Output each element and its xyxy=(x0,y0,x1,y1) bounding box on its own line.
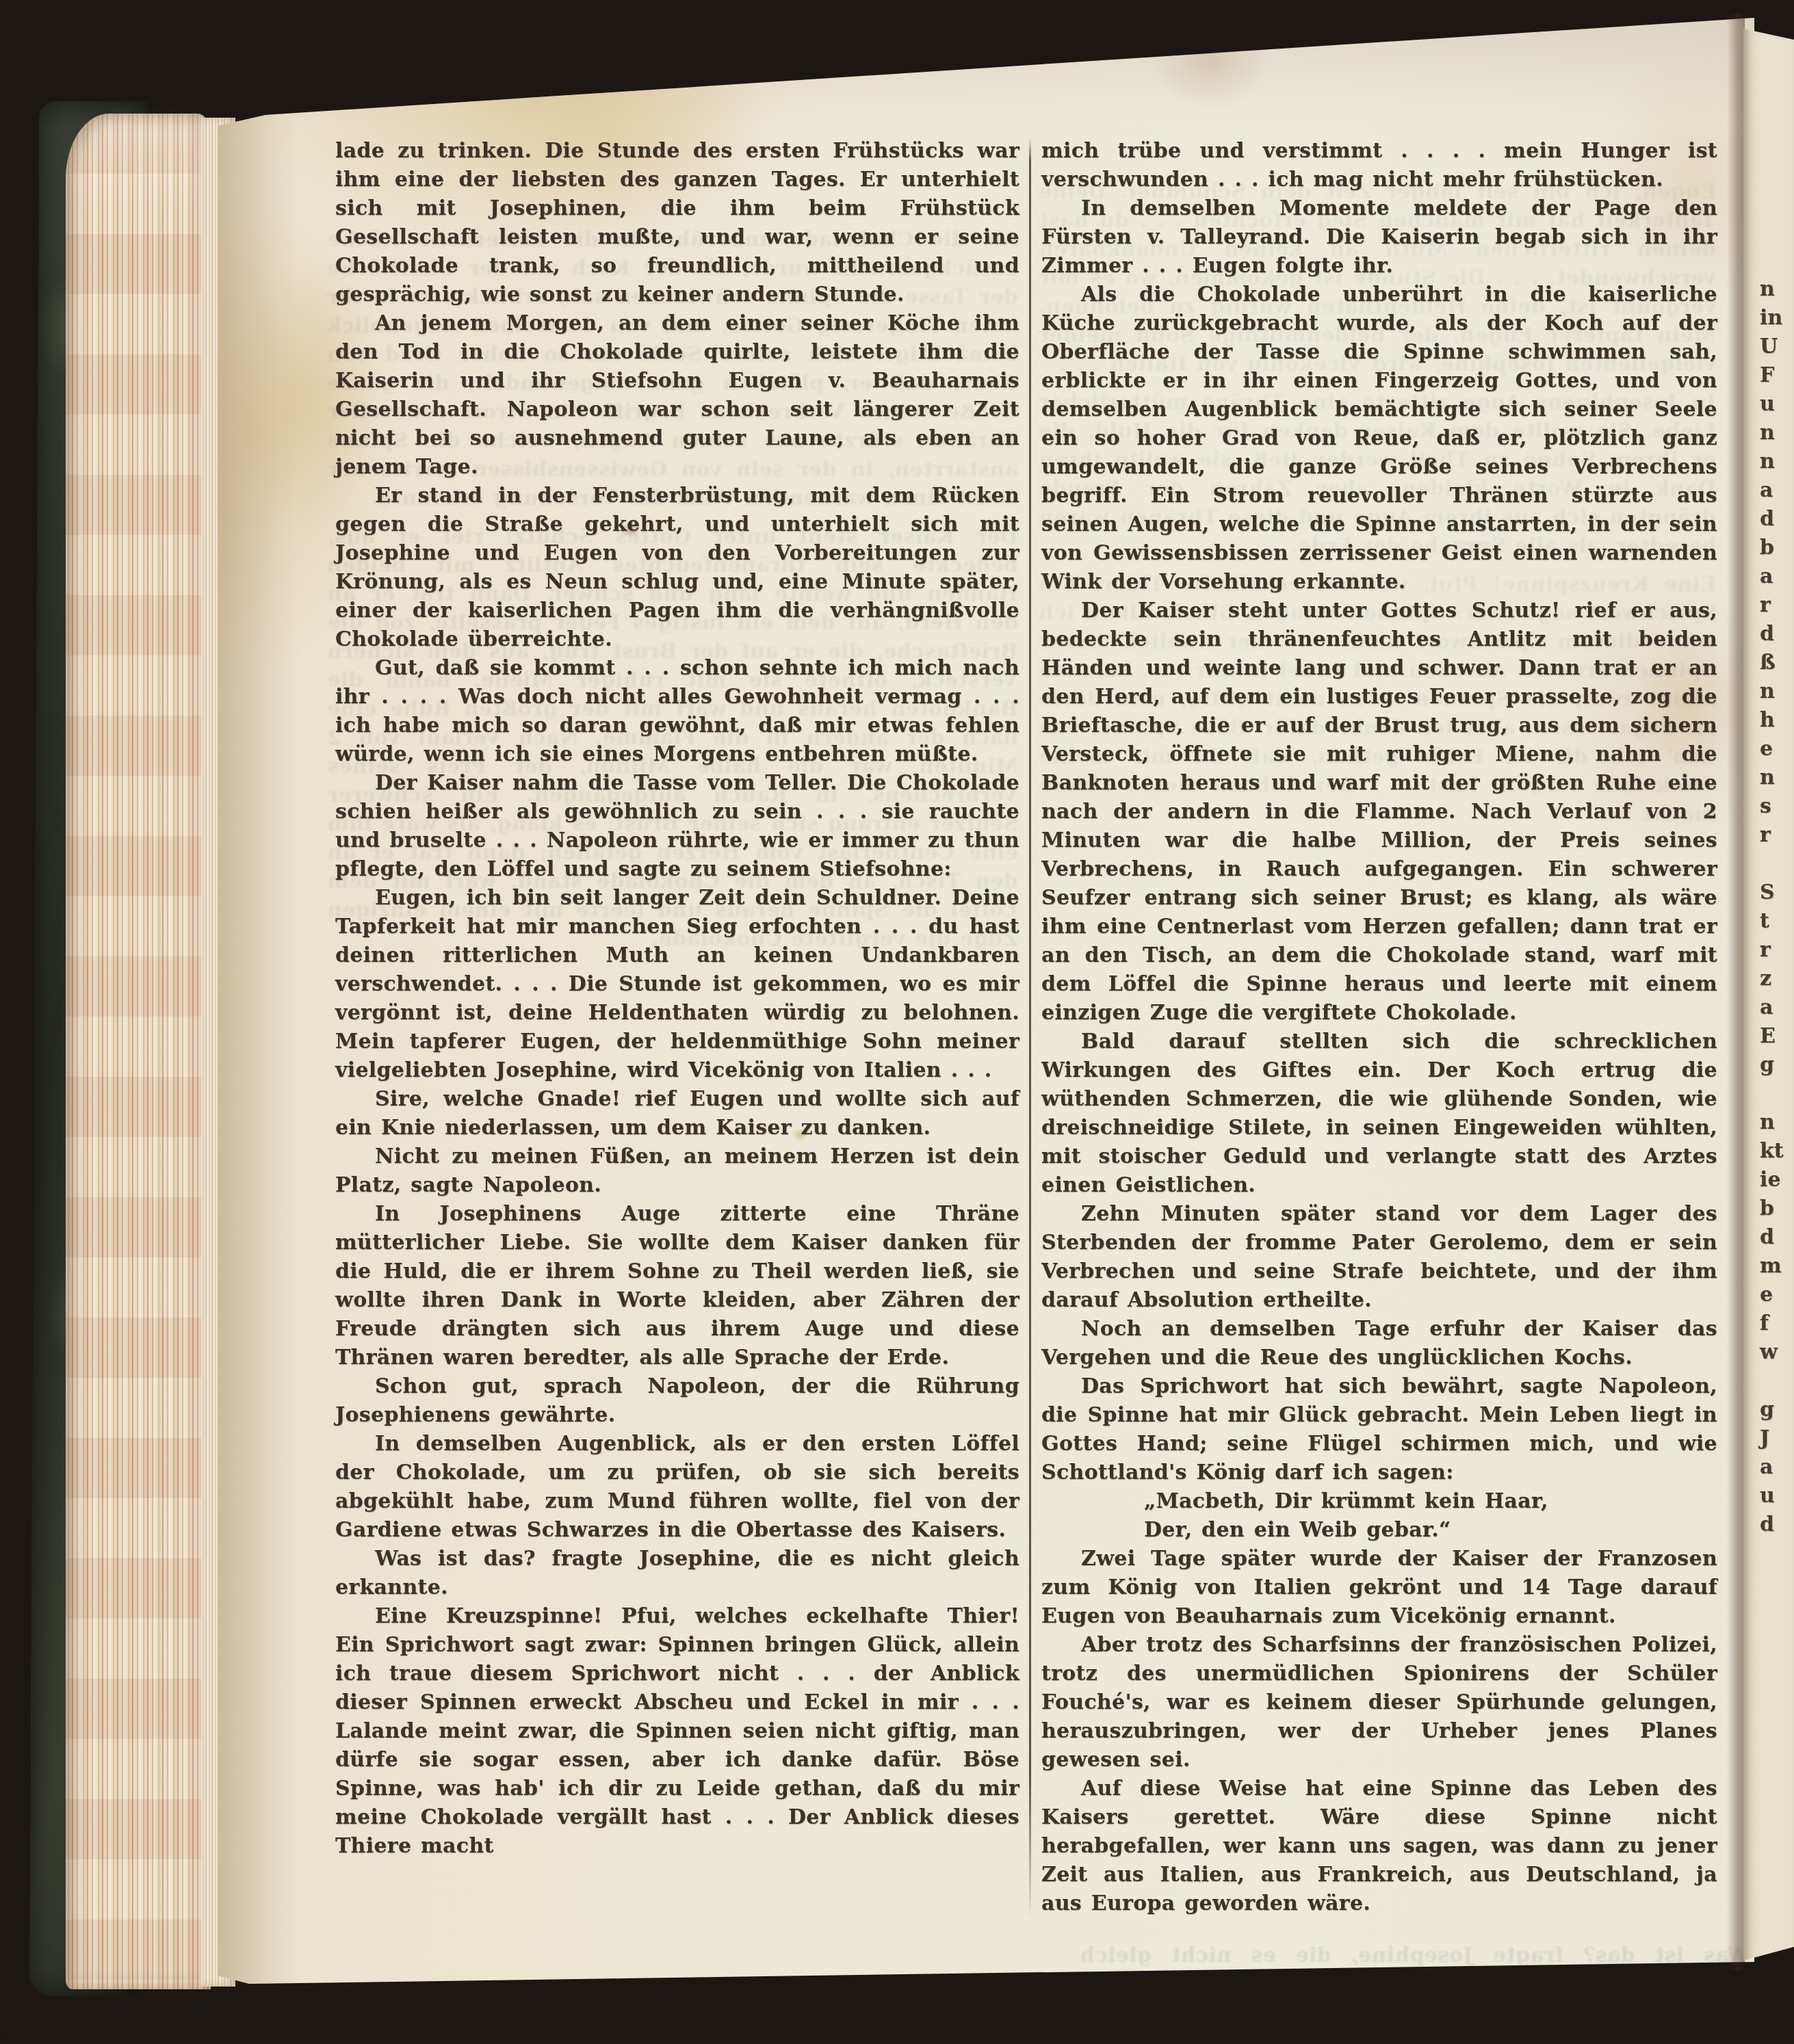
letter-fragment: U xyxy=(1760,332,1784,361)
paragraph: Was ist das? fragte Josephine, die es ni… xyxy=(335,1545,1019,1602)
paragraph: Als die Chokolade unberührt in die kaise… xyxy=(1041,280,1717,597)
page-crease xyxy=(1727,14,1745,1970)
paragraph: Eugen, ich bin seit langer Zeit dein Sch… xyxy=(335,884,1019,1085)
scanned-book-photo: Als die Chokolade unberührt in die kaise… xyxy=(0,0,1794,2044)
letter-fragment: d xyxy=(1760,1223,1784,1252)
letter-fragment: a xyxy=(1760,993,1784,1022)
letter-fragment: t xyxy=(1760,907,1784,936)
letter-fragment: E xyxy=(1760,1022,1784,1051)
letter-fragment xyxy=(1760,1079,1784,1108)
letter-fragment: g xyxy=(1760,1396,1784,1424)
letter-fragment: n xyxy=(1760,763,1784,792)
letter-fragment: d xyxy=(1760,505,1784,534)
paragraph: Er stand in der Fensterbrüstung, mit dem… xyxy=(335,482,1019,654)
text-column-left: lade zu trinken. Die Stunde des ersten F… xyxy=(335,137,1019,1861)
paragraph: Aber trotz des Scharfsinns der französis… xyxy=(1041,1631,1717,1774)
letter-fragment: z xyxy=(1760,965,1784,993)
paragraph: Gut, daß sie kommt . . . schon sehnte ic… xyxy=(335,654,1019,769)
letter-fragment: r xyxy=(1760,591,1784,620)
page-gutter-shadow xyxy=(218,0,300,1992)
next-page-clipped-letters: n in U F u n n a d b a r d ß n h e n s r… xyxy=(1760,275,1784,1539)
column-divider-rule xyxy=(1029,138,1031,1921)
paragraph: Das Sprichwort hat sich bewährt, sagte N… xyxy=(1041,1372,1717,1487)
verse-line: „Macbeth, Dir krümmt kein Haar, xyxy=(1041,1487,1717,1516)
letter-fragment: in xyxy=(1760,304,1784,332)
paragraph: In demselben Momente meldete der Page de… xyxy=(1041,194,1717,280)
paragraph: Auf diese Weise hat eine Spinne das Lebe… xyxy=(1041,1774,1717,1918)
paragraph: In demselben Augenblick, als er den erst… xyxy=(335,1430,1019,1545)
letter-fragment xyxy=(1760,1367,1784,1396)
bleed-through-text: Was ist das? fragte Josephine, die es ni… xyxy=(1080,1941,1750,1977)
letter-fragment: kt xyxy=(1760,1137,1784,1166)
letter-fragment: ß xyxy=(1760,648,1784,677)
paragraph: An jenem Morgen, an dem einer seiner Köc… xyxy=(335,309,1019,482)
letter-fragment: S xyxy=(1760,878,1784,907)
letter-fragment: a xyxy=(1760,476,1784,505)
letter-fragment: e xyxy=(1760,1281,1784,1309)
paragraph: Schon gut, sprach Napoleon, der die Rühr… xyxy=(335,1372,1019,1430)
letter-fragment: u xyxy=(1760,1482,1784,1510)
letter-fragment: d xyxy=(1760,620,1784,648)
paragraph: mich trübe und verstimmt . . . . mein Hu… xyxy=(1041,137,1717,194)
text-column-right: mich trübe und verstimmt . . . . mein Hu… xyxy=(1041,137,1717,1918)
paragraph: lade zu trinken. Die Stunde des ersten F… xyxy=(335,137,1019,309)
letter-fragment: e xyxy=(1760,735,1784,763)
letter-fragment: ie xyxy=(1760,1166,1784,1194)
letter-fragment: n xyxy=(1760,1108,1784,1137)
letter-fragment: n xyxy=(1760,447,1784,476)
letter-fragment: n xyxy=(1760,275,1784,304)
paragraph: Eine Kreuzspinne! Pfui, welches eckelhaf… xyxy=(335,1602,1019,1861)
paragraph: In Josephinens Auge zitterte eine Thräne… xyxy=(335,1200,1019,1372)
letter-fragment: a xyxy=(1760,1453,1784,1482)
letter-fragment: u xyxy=(1760,390,1784,419)
next-page-edge: n in U F u n n a d b a r d ß n h e n s r… xyxy=(1743,0,1794,2044)
letter-fragment: F xyxy=(1760,361,1784,390)
letter-fragment: r xyxy=(1760,936,1784,965)
letter-fragment: g xyxy=(1760,1051,1784,1079)
letter-fragment: r xyxy=(1760,821,1784,850)
letter-fragment: b xyxy=(1760,534,1784,562)
book-page: Als die Chokolade unberührt in die kaise… xyxy=(218,0,1754,1992)
paragraph: Bald darauf stellten sich die schrecklic… xyxy=(1041,1027,1717,1200)
letter-fragment: J xyxy=(1760,1424,1784,1453)
letter-fragment: a xyxy=(1760,562,1784,591)
verse-line: Der, den ein Weib gebar.“ xyxy=(1041,1516,1717,1545)
page-stack-fore-edge xyxy=(66,114,211,1989)
paragraph: Zehn Minuten später stand vor dem Lager … xyxy=(1041,1200,1717,1315)
letter-fragment: h xyxy=(1760,706,1784,735)
paragraph: Noch an demselben Tage erfuhr der Kaiser… xyxy=(1041,1315,1717,1372)
letter-fragment xyxy=(1760,850,1784,878)
letter-fragment: n xyxy=(1760,419,1784,447)
paragraph: Zwei Tage später wurde der Kaiser der Fr… xyxy=(1041,1545,1717,1631)
paragraph: Der Kaiser nahm die Tasse vom Teller. Di… xyxy=(335,769,1019,884)
paragraph: Nicht zu meinen Füßen, an meinem Herzen … xyxy=(335,1142,1019,1200)
paragraph: Der Kaiser steht unter Gottes Schutz! ri… xyxy=(1041,597,1717,1027)
letter-fragment: n xyxy=(1760,677,1784,706)
letter-fragment: w xyxy=(1760,1338,1784,1367)
paragraph: Sire, welche Gnade! rief Eugen und wollt… xyxy=(335,1085,1019,1142)
letter-fragment: b xyxy=(1760,1194,1784,1223)
letter-fragment: f xyxy=(1760,1309,1784,1338)
letter-fragment: d xyxy=(1760,1510,1784,1539)
letter-fragment: m xyxy=(1760,1252,1784,1281)
letter-fragment: s xyxy=(1760,792,1784,821)
